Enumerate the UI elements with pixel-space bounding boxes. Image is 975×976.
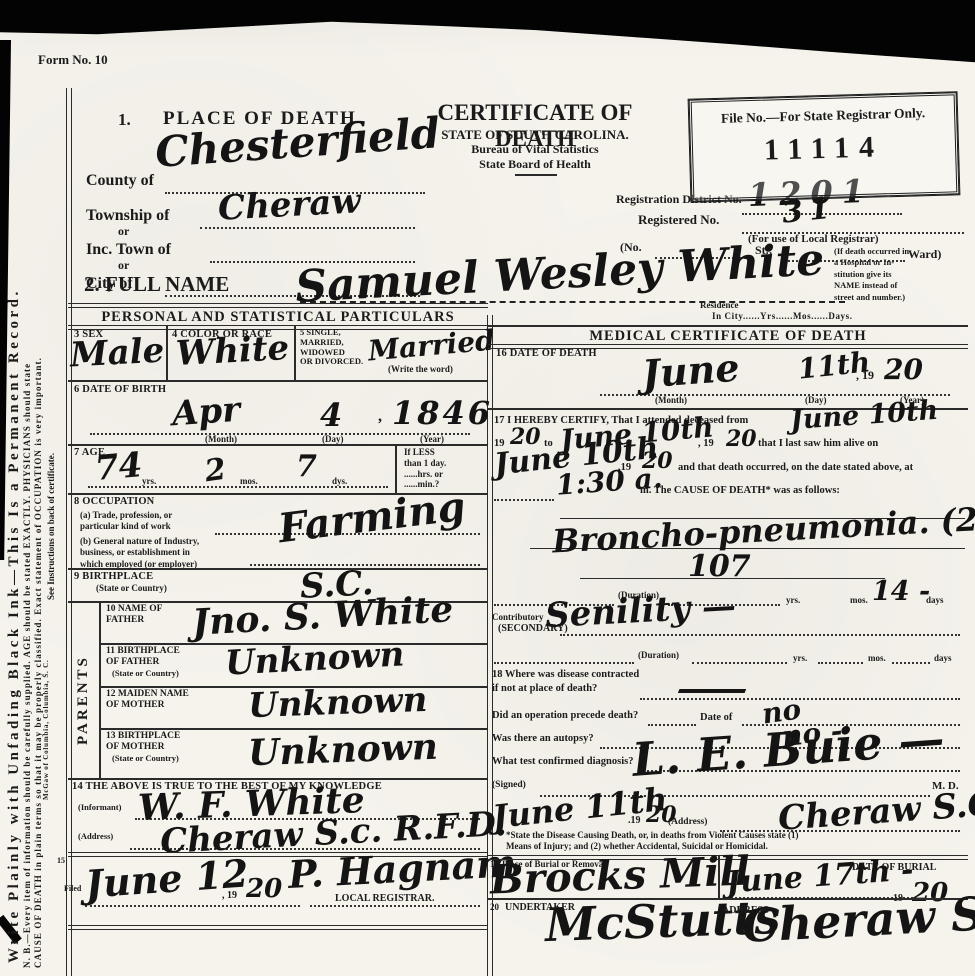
- dod-label: 16 DATE OF DEATH: [496, 348, 597, 360]
- cause-code-value: 107: [688, 552, 751, 582]
- father-birthplace-value: Unknown: [224, 637, 405, 680]
- occupation-b-label: (b) General nature of Industry, business…: [80, 536, 199, 570]
- undertaker-address-value: Cheraw S.C.: [741, 887, 975, 949]
- medical-section-title: MEDICAL CERTIFICATE OF DEATH: [488, 328, 968, 345]
- dob-day-value: 4: [320, 399, 342, 431]
- dod-year-printed: , 19: [856, 368, 874, 383]
- file-number-value: 11114: [693, 128, 956, 169]
- duration2-caption: (Duration): [638, 650, 679, 660]
- certify-line2-year2-hw: 20: [726, 428, 757, 450]
- duration1-days-value: 14 -: [872, 578, 930, 605]
- form-number: Form No. 10: [38, 52, 108, 68]
- mother-birthplace-hint: (State or Country): [112, 753, 179, 763]
- dob-month-value: Apr: [171, 393, 241, 432]
- marital-label: 5 SINGLE, MARRIED, WIDOWED OR DIVORCED.: [300, 328, 363, 367]
- filed-year-printed: , 19: [222, 890, 237, 901]
- duration2-dotted-b: [692, 660, 787, 664]
- duration1-days: days: [926, 595, 944, 605]
- dob-month-caption: (Month): [205, 434, 237, 444]
- cause-footnote: *State the Disease Causing Death, or, in…: [506, 830, 799, 853]
- filed-label: Filed: [64, 884, 81, 893]
- operation-dotted-a: [648, 722, 696, 726]
- personal-section-title: PERSONAL AND STATISTICAL PARTICULARS: [68, 309, 488, 326]
- sex-value: Male: [69, 334, 165, 373]
- duration1-yrs: yrs.: [786, 595, 800, 605]
- signed-address-caption: (Address): [668, 817, 707, 827]
- registered-no-label: Registered No.: [638, 212, 719, 228]
- certify-line4-dotted: [494, 497, 554, 501]
- margin-see-instructions: See Instructions on back of certificate.: [46, 453, 56, 600]
- full-name-label: 2. FULL NAME: [84, 272, 229, 297]
- contributory-label: Contributory: [492, 612, 544, 622]
- mother-birthplace-value: Unknown: [247, 729, 438, 772]
- dob-year-value: 1846: [392, 397, 493, 429]
- marital-hint: (Write the word): [388, 364, 453, 374]
- or-label-1: or: [118, 224, 129, 239]
- certify-line3-death-occurred: and that death occurred, on the date sta…: [678, 462, 913, 473]
- q18-answer: —: [675, 672, 750, 706]
- scanned-death-certificate: Form No. 10 Write Plainly with Unfading …: [0, 0, 975, 976]
- file-number-box: File No.—For State Registrar Only. 11114: [689, 92, 960, 201]
- dod-month-value: June: [641, 349, 741, 394]
- signed-caption: (Signed): [492, 780, 526, 790]
- dob-year-caption: (Year): [420, 434, 444, 444]
- operation-date-of-label: Date of: [700, 712, 732, 723]
- parents-vertical-label: PARENTS: [75, 655, 92, 745]
- duration2-dotted-a: [494, 660, 634, 664]
- rule-parents-bottom: [68, 778, 488, 780]
- margin-nb-line1: N. B.—Every item of information should b…: [22, 363, 32, 968]
- birthplace-hint: (State or Country): [96, 583, 167, 593]
- father-name-label: 10 NAME OF FATHER: [106, 604, 162, 627]
- or-label-2: or: [118, 258, 129, 273]
- age-less-than-day-note: If LESS than 1 day. ......hrs. or ......…: [404, 447, 446, 490]
- parents-strip-divider: [99, 601, 101, 778]
- undertaker-number: 20: [490, 902, 499, 912]
- file-number-box-title: File No.—For State Registrar Only.: [692, 104, 954, 127]
- age-days-caption: dys.: [332, 476, 347, 486]
- margin-permanent-record-note: Write Plainly with Unfading Black Ink—Th…: [6, 288, 23, 963]
- dod-year-hw: 20: [884, 356, 923, 384]
- rule-row-occupation: [68, 568, 488, 570]
- birthplace-label: 9 BIRTHPLACE: [74, 571, 153, 583]
- informant-address-caption: (Address): [78, 831, 113, 841]
- duration2-days: days: [934, 653, 952, 663]
- local-registrar-caption: LOCAL REGISTRAR.: [335, 893, 434, 904]
- age-years-value: 74: [94, 448, 144, 486]
- contributory-dotted: [560, 632, 960, 636]
- occupation-a-label: (a) Trade, profession, or particular kin…: [80, 510, 172, 533]
- rule-above-medical-title: [488, 325, 968, 327]
- certificate-subtitle-board: State Board of Health: [405, 157, 665, 172]
- duration2-yrs: yrs.: [793, 653, 807, 663]
- age-years-caption: yrs.: [142, 476, 156, 486]
- test-diagnosis-label: What test confirmed diagnosis?: [492, 756, 633, 767]
- certificate-subtitle-state: STATE OF SOUTH CAROLINA.: [405, 127, 665, 143]
- cell-divider-sex-race: [166, 326, 168, 380]
- county-label: County of: [86, 172, 154, 190]
- informant-caption: (Informant): [78, 802, 121, 812]
- dob-label: 6 DATE OF BIRTH: [74, 384, 166, 396]
- dob-day-caption: (Day): [322, 434, 344, 444]
- certify-line2-lastsaw: that I last saw him alive on: [758, 438, 878, 449]
- father-birthplace-label: 11 BIRTHPLACE OF FATHER: [106, 646, 180, 669]
- duration2-dotted-d: [892, 660, 930, 664]
- margin-printer-imprint: McGaw of Columbia, Columbia, S. C.: [42, 659, 50, 800]
- certificate-left-border: [66, 88, 72, 976]
- mother-birthplace-label: 13 BIRTHPLACE OF MOTHER: [106, 731, 180, 754]
- mother-name-value: Unknown: [247, 683, 427, 723]
- q18-label: 18 Where was disease contracted if not a…: [492, 668, 639, 695]
- duration2-mos: mos.: [868, 653, 886, 663]
- ward-label: Ward): [908, 247, 941, 262]
- certificate-subtitle-bureau: Bureau of Vital Statistics: [405, 142, 665, 157]
- rule-row15-bottom: [68, 925, 488, 930]
- duration2-dotted-c: [818, 660, 863, 664]
- race-value: White: [175, 331, 290, 371]
- local-registrar-signature: P. Hagnam: [287, 844, 517, 894]
- registered-no-value: 31: [781, 193, 838, 228]
- age-months-caption: mos.: [240, 476, 258, 486]
- dob-comma: ,: [378, 408, 382, 426]
- age-days-value: 7: [296, 452, 317, 482]
- father-birthplace-hint: (State or Country): [112, 668, 179, 678]
- township-label: Township of: [86, 207, 169, 225]
- residence-line: In City......Yrs......Mos......Days.: [712, 311, 853, 321]
- contributory-value: Senility —: [544, 589, 736, 633]
- hospital-instruction-note: (If death occurred in a Hospital or In- …: [834, 246, 970, 303]
- duration1-mos: mos.: [850, 595, 868, 605]
- rule-row1: [68, 380, 488, 382]
- age-months-value: 2: [203, 455, 228, 488]
- board-underline: [515, 174, 557, 176]
- township-value: Cheraw: [217, 184, 361, 225]
- filed-number: 15: [57, 856, 65, 865]
- filed-year-hw: 20: [246, 876, 282, 902]
- mother-name-label: 12 MAIDEN NAME OF MOTHER: [106, 689, 189, 712]
- rule-under-name: [68, 303, 488, 308]
- item1-number: 1.: [118, 110, 131, 130]
- signed-year-printed: .19: [628, 815, 641, 826]
- occupation-label: 8 OCCUPATION: [74, 496, 154, 508]
- certify-line2-year2-printed: , 19: [698, 438, 714, 449]
- operation-label: Did an operation precede death?: [492, 710, 638, 721]
- cell-divider-race-marital: [294, 326, 296, 380]
- age-subbox-divider: [395, 444, 397, 493]
- inc-town-label: Inc. Town of: [86, 241, 171, 259]
- certify-line4-cause-intro: m. The CAUSE OF DEATH* was as follows:: [640, 485, 840, 496]
- dod-month-caption: (Month): [655, 395, 687, 405]
- autopsy-label: Was there an autopsy?: [492, 733, 594, 744]
